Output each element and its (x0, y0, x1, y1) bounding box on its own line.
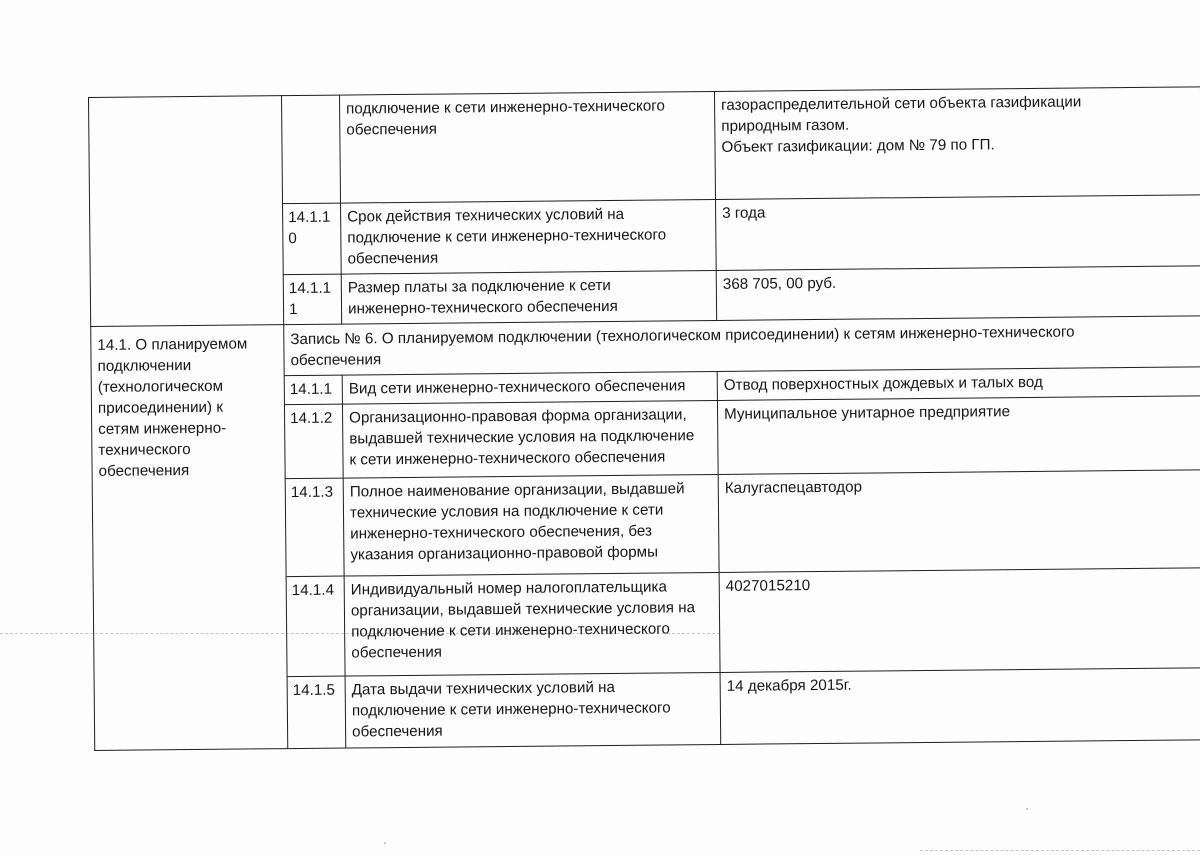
row-label: Индивидуальный номер налогоплательщика о… (344, 572, 720, 676)
row-number: 14.1.3 (285, 478, 344, 577)
property-info-table: подключение к сети инженерно-техническог… (88, 86, 1200, 751)
row-number: 14.1.4 (286, 576, 345, 677)
row-value: газораспределительной сети объекта газиф… (714, 87, 1200, 200)
row-value: Отвод поверхностных дождевых и талых вод (717, 367, 1200, 401)
scan-speck (384, 842, 386, 844)
section-title-line: 14.1. О планируемом (97, 333, 277, 356)
section-title: 14.1. О планируемом подключении (техноло… (91, 325, 288, 751)
row-value: 368 705, 00 руб. (716, 266, 1200, 321)
value-line: 4027015210 (726, 571, 1199, 597)
row-number: 14.1.5 (287, 676, 346, 749)
table-row: подключение к сети инженерно-техническог… (89, 87, 1200, 206)
label-line: обеспечения (352, 718, 714, 742)
value-line: 14 декабря 2015г. (727, 671, 1200, 697)
label-line: технические условия на подключение к сет… (350, 499, 712, 523)
scan-speck (1026, 808, 1028, 810)
scanned-page: подключение к сети инженерно-техническог… (0, 0, 1200, 855)
row-number: 14.1.1 (284, 375, 342, 405)
row-label: Дата выдачи технических условий на подкл… (345, 672, 721, 748)
value-line: Муниципальное унитарное предприятие (724, 399, 1197, 425)
section-cell-continued (89, 96, 284, 327)
row-number: 14.1.10 (283, 203, 342, 275)
section-title-line: (технологическом (98, 375, 278, 398)
label-line: подключение к сети инженерно-техническог… (352, 697, 714, 721)
label-line: инженерно-технического обеспечения (348, 295, 710, 319)
row-value: Калугаспецавтодор (718, 470, 1200, 573)
section-title-line: присоединении) к (98, 396, 278, 419)
record-header: Запись № 6. О планируемом подключении (т… (284, 316, 1200, 376)
label-line: обеспечения (347, 245, 709, 269)
label-line: подключение к сети инженерно-техническог… (346, 95, 708, 119)
value-line: Калугаспецавтодор (725, 473, 1198, 499)
document-table-wrapper: подключение к сети инженерно-техническог… (88, 86, 1200, 751)
scan-artifact-line (920, 850, 1200, 851)
label-line: обеспечения (351, 639, 713, 663)
row-label: Срок действия технических условий на под… (341, 199, 717, 274)
row-value: 14 декабря 2015г. (720, 668, 1200, 745)
label-line: обеспечения (346, 116, 708, 140)
row-label: Размер платы за подключение к сети инжен… (341, 270, 716, 324)
label-line: подключение к сети инженерно-техническог… (347, 224, 709, 248)
row-number: 14.1.11 (283, 274, 341, 325)
label-line: указания организационно-правовой формы (350, 541, 712, 565)
value-line: Отвод поверхностных дождевых и талых вод (724, 370, 1197, 396)
row-label: Организационно-правовая форма организаци… (342, 400, 718, 478)
value-line: Объект газификации: дом № 79 по ГП. (721, 132, 1194, 158)
section-title-line: технического (98, 438, 278, 461)
row-number: 14.1.2 (284, 404, 343, 479)
row-value: Муниципальное унитарное предприятие (717, 396, 1200, 475)
row-value: 4027015210 (719, 568, 1200, 673)
section-title-line: подключении (97, 354, 277, 377)
value-line: 3 года (722, 198, 1195, 224)
label-line: Вид сети инженерно-технического обеспече… (349, 375, 711, 399)
row-label: Полное наименование организации, выдавше… (343, 474, 719, 576)
row-label: подключение к сети инженерно-техническог… (339, 91, 715, 203)
label-line: к сети инженерно-технического обеспечени… (349, 446, 711, 470)
row-value: 3 года (716, 195, 1200, 271)
value-line: 368 705, 00 руб. (723, 269, 1196, 295)
row-number (281, 95, 340, 204)
label-line: подключение к сети инженерно-техническог… (351, 618, 713, 642)
section-title-line: обеспечения (98, 459, 278, 482)
row-label: Вид сети инженерно-технического обеспече… (342, 371, 717, 404)
section-title-line: сетям инженерно- (98, 417, 278, 440)
